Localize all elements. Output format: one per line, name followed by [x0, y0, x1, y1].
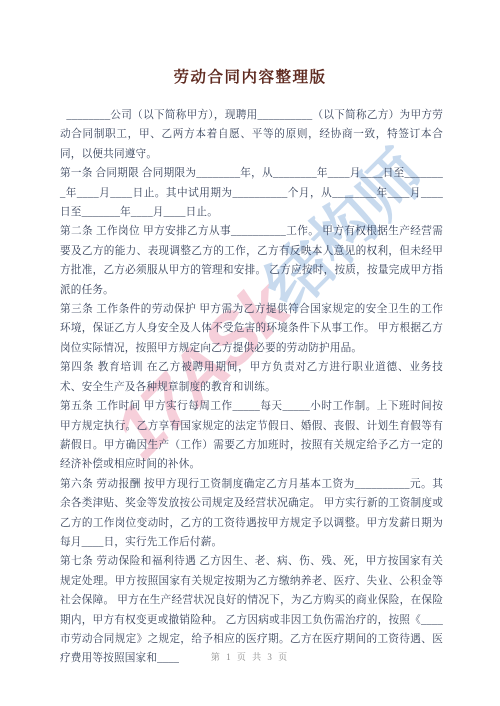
paragraph-clause-3: 第三条 工作条件的劳动保护 甲方需为乙方提供符合国家规定的安全卫生的工作环境，保…: [60, 300, 443, 358]
paragraph-clause-5: 第五条 工作时间 甲方实行每周工作_____每天_____小时工作制。上下班时间…: [60, 397, 443, 475]
paragraph-clause-2: 第二条 工作岗位 甲方安排乙方从事__________工作。 甲方有权根据生产经…: [60, 222, 443, 300]
paragraph-clause-1: 第一条 合同期限 合同期限为________年，从________年____月_…: [60, 164, 443, 222]
paragraph-opening: ________公司（以下简称甲方），现聘用__________（以下简称乙方）…: [60, 106, 443, 164]
paragraph-clause-6: 第六条 劳动报酬 按甲方现行工资制度确定乙方月基本工资为__________元。…: [60, 475, 443, 553]
document-title: 劳动合同内容整理版: [0, 0, 500, 90]
document-body: ________公司（以下简称甲方），现聘用__________（以下简称乙方）…: [0, 106, 500, 669]
page-number-footer: 第 1 页 共 3 页: [0, 650, 500, 663]
contract-document-page: 17ASk结构师 劳动合同内容整理版 ________公司（以下简称甲方），现聘…: [0, 0, 500, 706]
paragraph-clause-4: 第四条 教育培训 在乙方被聘用期间，甲方负责对乙方进行职业道德、业务技术、安全生…: [60, 358, 443, 397]
